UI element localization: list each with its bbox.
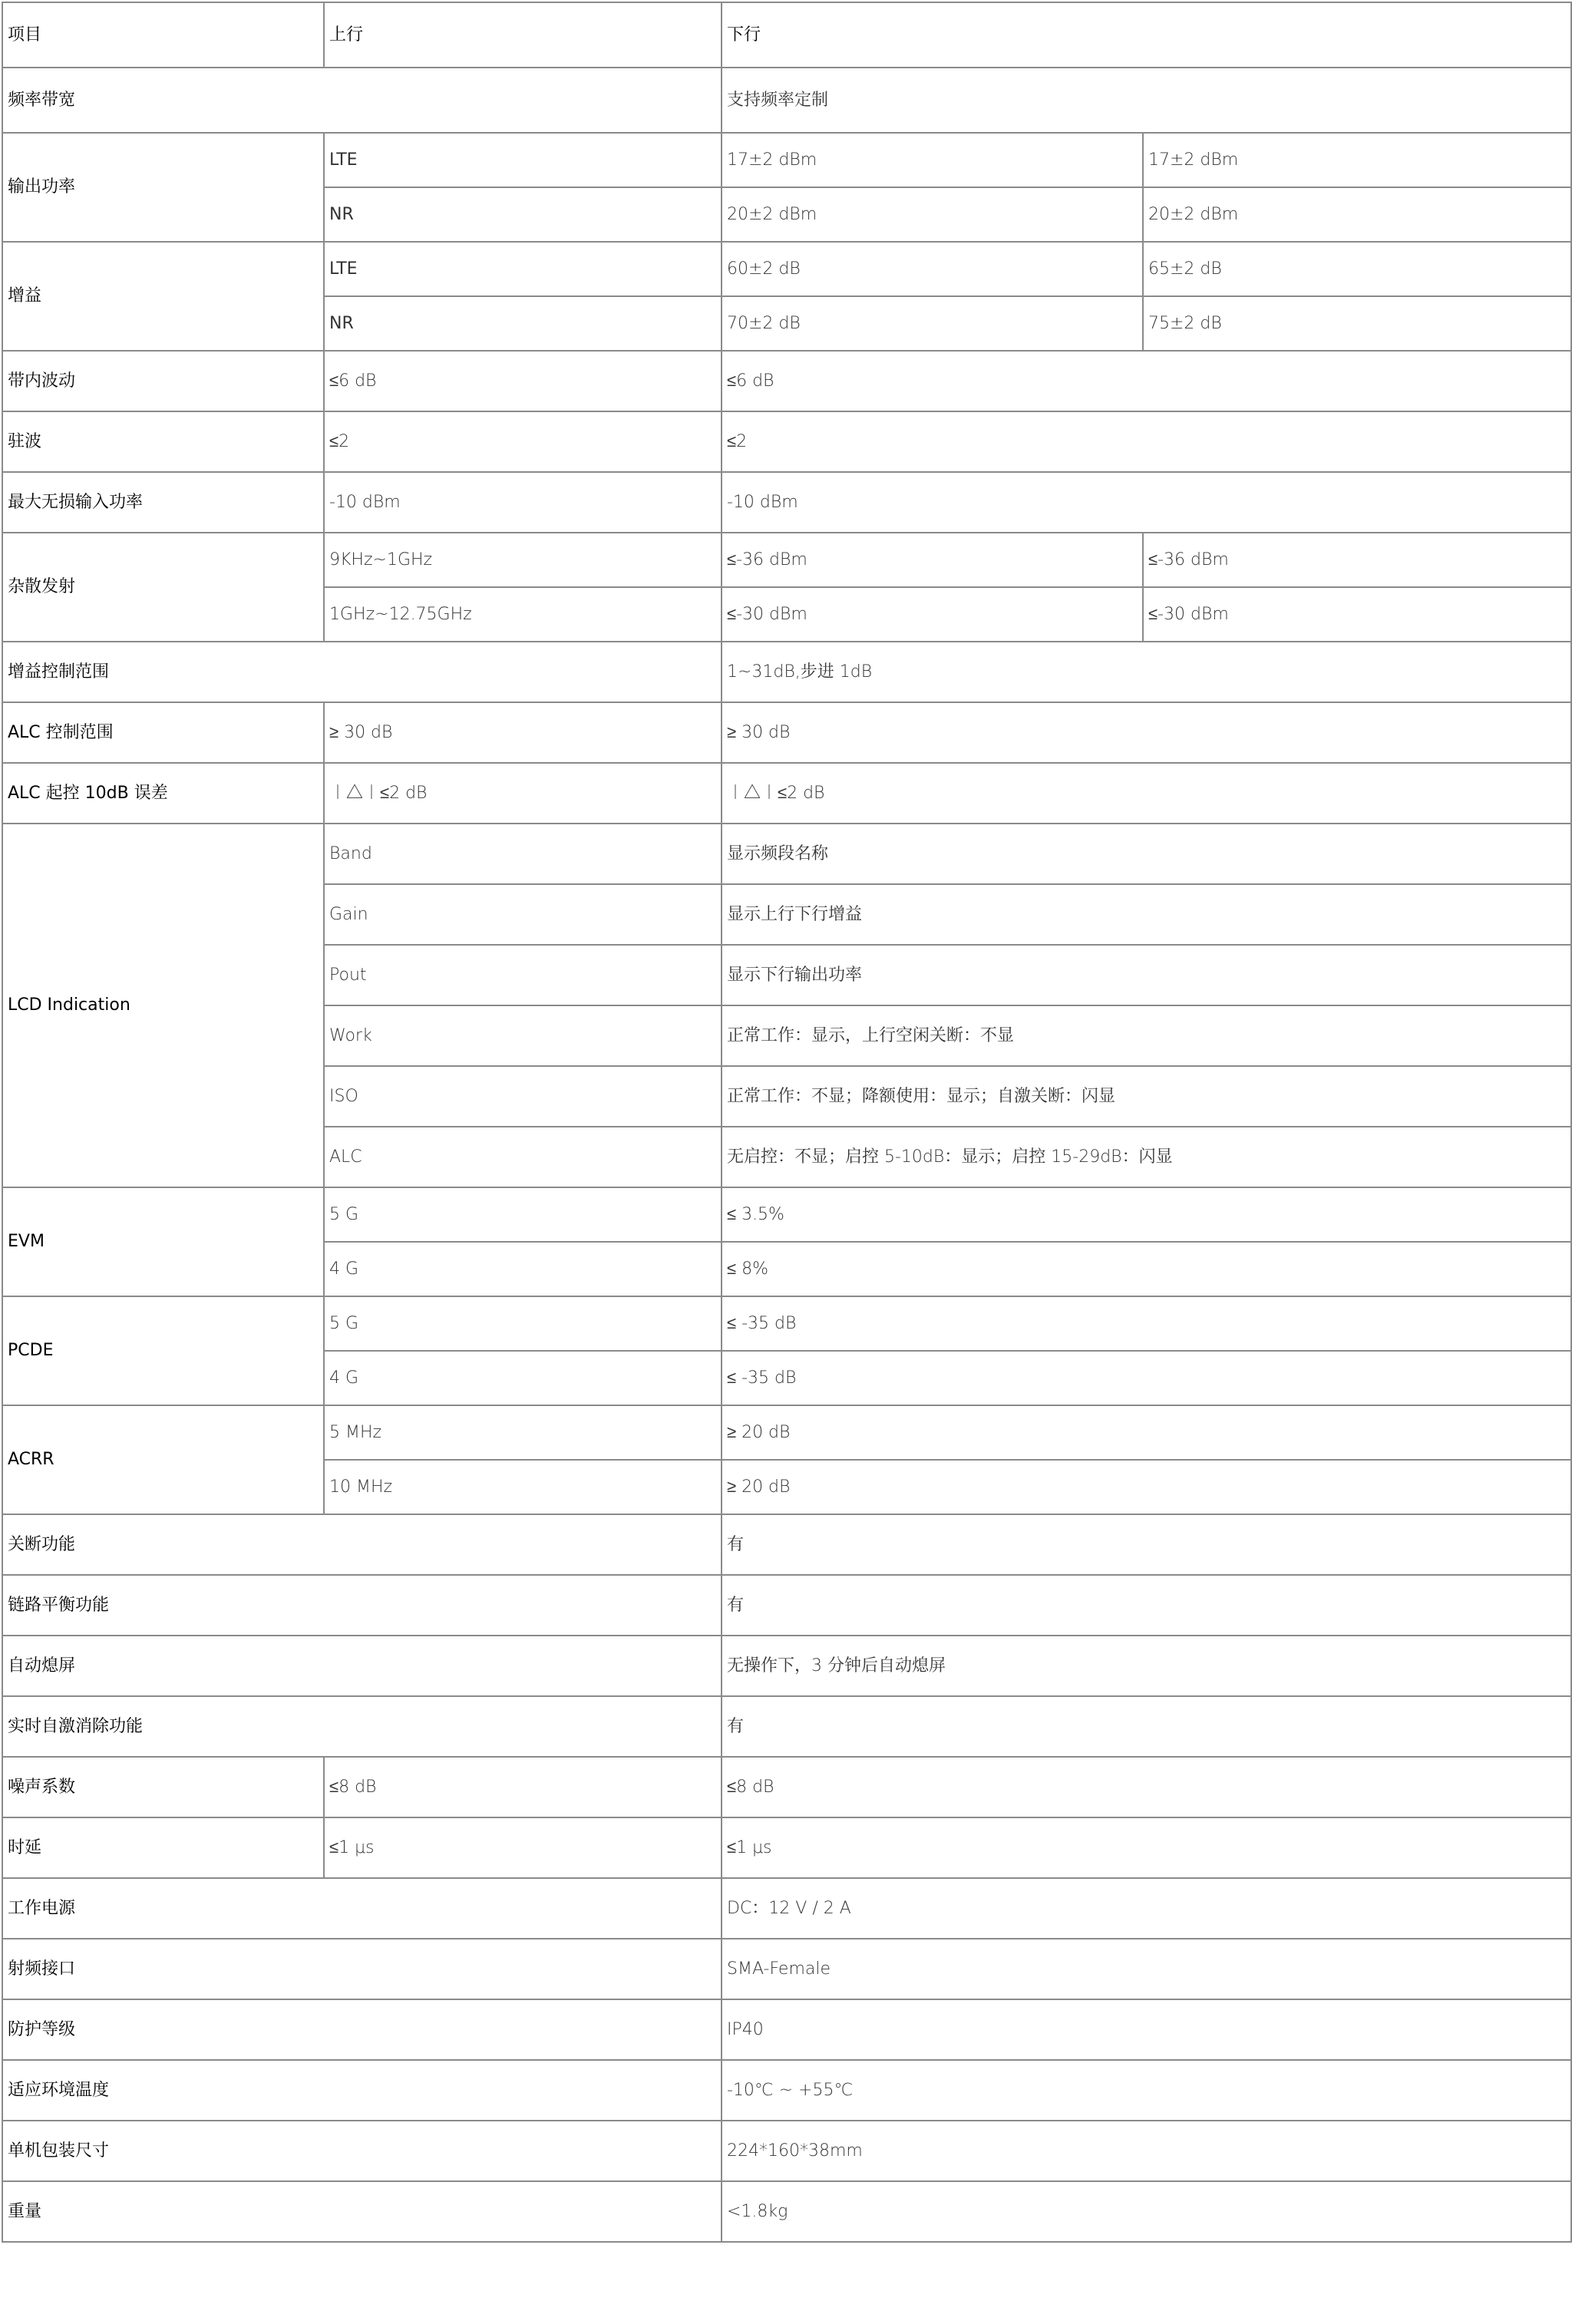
row-value: IP40 bbox=[722, 1999, 1571, 2060]
sub-label: ALC bbox=[324, 1127, 722, 1187]
sub-label: Work bbox=[324, 1005, 722, 1066]
row-label: 输出功率 bbox=[2, 133, 324, 242]
downlink-value-a: ≤-30 dBm bbox=[722, 587, 1143, 642]
row-label: 链路平衡功能 bbox=[2, 1575, 722, 1636]
table-row-noise-figure: 噪声系数 ≤8 dB ≤8 dB bbox=[2, 1757, 1571, 1817]
downlink-value-b: 17±2 dBm bbox=[1143, 133, 1571, 187]
row-label: PCDE bbox=[2, 1296, 324, 1405]
header-downlink: 下行 bbox=[722, 2, 1571, 68]
row-label: 重量 bbox=[2, 2181, 722, 2242]
sub-label: 5 G bbox=[324, 1296, 722, 1351]
downlink-value-a: 17±2 dBm bbox=[722, 133, 1143, 187]
table-row-shutdown: 关断功能 有 bbox=[2, 1514, 1571, 1575]
row-label: 驻波 bbox=[2, 411, 324, 472]
table-row-auto-screen-off: 自动熄屏 无操作下，3 分钟后自动熄屏 bbox=[2, 1636, 1571, 1696]
uplink-value: ≥ 30 dB bbox=[324, 702, 722, 763]
row-value: 显示上行下行增益 bbox=[722, 884, 1571, 945]
table-row-acrr: ACRR 5 MHz ≥ 20 dB bbox=[2, 1405, 1571, 1460]
downlink-value: ≥ 30 dB bbox=[722, 702, 1571, 763]
row-value: SMA-Female bbox=[722, 1939, 1571, 1999]
row-value: DC：12 V / 2 A bbox=[722, 1878, 1571, 1939]
row-label: 杂散发射 bbox=[2, 533, 324, 642]
table-row-spurious: 杂散发射 9KHz~1GHz ≤-36 dBm ≤-36 dBm bbox=[2, 533, 1571, 587]
row-value: 支持频率定制 bbox=[722, 68, 1571, 133]
table-row-temperature: 适应环境温度 -10℃ ~ +55℃ bbox=[2, 2060, 1571, 2121]
uplink-value: ≤1 μs bbox=[324, 1817, 722, 1878]
row-label: 带内波动 bbox=[2, 351, 324, 411]
row-value: 无操作下，3 分钟后自动熄屏 bbox=[722, 1636, 1571, 1696]
table-row-evm: EVM 5 G ≤ 3.5% bbox=[2, 1187, 1571, 1242]
sub-label: Pout bbox=[324, 945, 722, 1005]
uplink-value: ≤8 dB bbox=[324, 1757, 722, 1817]
table-row-package-size: 单机包装尺寸 224*160*38mm bbox=[2, 2121, 1571, 2181]
row-label: 自动熄屏 bbox=[2, 1636, 722, 1696]
sub-label: Gain bbox=[324, 884, 722, 945]
downlink-value-b: 20±2 dBm bbox=[1143, 187, 1571, 242]
row-value: -10℃ ~ +55℃ bbox=[722, 2060, 1571, 2121]
row-value: ≤ 8% bbox=[722, 1242, 1571, 1296]
row-label: 频率带宽 bbox=[2, 68, 722, 133]
table-row-ripple: 带内波动 ≤6 dB ≤6 dB bbox=[2, 351, 1571, 411]
table-row-gain-control: 增益控制范围 1~31dB,步进 1dB bbox=[2, 642, 1571, 702]
downlink-value-a: 60±2 dB bbox=[722, 242, 1143, 296]
sub-label: 10 MHz bbox=[324, 1460, 722, 1514]
row-value: ≥ 20 dB bbox=[722, 1405, 1571, 1460]
table-row-self-oscillation: 实时自激消除功能 有 bbox=[2, 1696, 1571, 1757]
downlink-value: ≤6 dB bbox=[722, 351, 1571, 411]
row-value: ≤ -35 dB bbox=[722, 1351, 1571, 1405]
downlink-value-b: 75±2 dB bbox=[1143, 296, 1571, 351]
table-row-vswr: 驻波 ≤2 ≤2 bbox=[2, 411, 1571, 472]
downlink-value: ︱△︱≤2 dB bbox=[722, 763, 1571, 824]
downlink-value: -10 dBm bbox=[722, 472, 1571, 533]
sub-label: NR bbox=[324, 296, 722, 351]
table-row-protection: 防护等级 IP40 bbox=[2, 1999, 1571, 2060]
sub-label: NR bbox=[324, 187, 722, 242]
table-row-delay: 时延 ≤1 μs ≤1 μs bbox=[2, 1817, 1571, 1878]
table-row-power-supply: 工作电源 DC：12 V / 2 A bbox=[2, 1878, 1571, 1939]
row-label: ALC 起控 10dB 误差 bbox=[2, 763, 324, 824]
header-row: 项目 上行 下行 bbox=[2, 2, 1571, 68]
uplink-value: -10 dBm bbox=[324, 472, 722, 533]
downlink-value-a: 20±2 dBm bbox=[722, 187, 1143, 242]
row-label: 射频接口 bbox=[2, 1939, 722, 1999]
row-label: 最大无损输入功率 bbox=[2, 472, 324, 533]
row-label: EVM bbox=[2, 1187, 324, 1296]
header-uplink: 上行 bbox=[324, 2, 722, 68]
row-value: 无启控：不显；启控 5-10dB：显示；启控 15-29dB：闪显 bbox=[722, 1127, 1571, 1187]
row-value: 1~31dB,步进 1dB bbox=[722, 642, 1571, 702]
table-row-gain: 增益 LTE 60±2 dB 65±2 dB bbox=[2, 242, 1571, 296]
table-row-pcde: PCDE 5 G ≤ -35 dB bbox=[2, 1296, 1571, 1351]
row-value: ≤ 3.5% bbox=[722, 1187, 1571, 1242]
downlink-value-b: ≤-36 dBm bbox=[1143, 533, 1571, 587]
row-label: 工作电源 bbox=[2, 1878, 722, 1939]
row-label: 噪声系数 bbox=[2, 1757, 324, 1817]
row-label: 时延 bbox=[2, 1817, 324, 1878]
sub-label: 5 G bbox=[324, 1187, 722, 1242]
table-row-bandwidth: 频率带宽 支持频率定制 bbox=[2, 68, 1571, 133]
row-label: 实时自激消除功能 bbox=[2, 1696, 722, 1757]
row-label: 关断功能 bbox=[2, 1514, 722, 1575]
row-label: ALC 控制范围 bbox=[2, 702, 324, 763]
downlink-value: ≤1 μs bbox=[722, 1817, 1571, 1878]
table-row-link-balance: 链路平衡功能 有 bbox=[2, 1575, 1571, 1636]
row-label: 增益控制范围 bbox=[2, 642, 722, 702]
sub-label: 9KHz~1GHz bbox=[324, 533, 722, 587]
sub-label: 4 G bbox=[324, 1242, 722, 1296]
spec-table: 项目 上行 下行 频率带宽 支持频率定制 输出功率 LTE 17±2 dBm 1… bbox=[2, 2, 1572, 2243]
row-value: 有 bbox=[722, 1696, 1571, 1757]
table-row-output-power: 输出功率 LTE 17±2 dBm 17±2 dBm bbox=[2, 133, 1571, 187]
row-value: 显示下行输出功率 bbox=[722, 945, 1571, 1005]
row-value: ≤ -35 dB bbox=[722, 1296, 1571, 1351]
table-row-alc-range: ALC 控制范围 ≥ 30 dB ≥ 30 dB bbox=[2, 702, 1571, 763]
row-label: LCD Indication bbox=[2, 824, 324, 1187]
table-row-alc-error: ALC 起控 10dB 误差 ︱△︱≤2 dB ︱△︱≤2 dB bbox=[2, 763, 1571, 824]
row-value: 有 bbox=[722, 1575, 1571, 1636]
table-row-weight: 重量 <1.8kg bbox=[2, 2181, 1571, 2242]
sub-label: LTE bbox=[324, 133, 722, 187]
table-row-lcd: LCD Indication Band 显示频段名称 bbox=[2, 824, 1571, 884]
table-row-rf-port: 射频接口 SMA-Female bbox=[2, 1939, 1571, 1999]
uplink-value: ︱△︱≤2 dB bbox=[324, 763, 722, 824]
row-label: ACRR bbox=[2, 1405, 324, 1514]
sub-label: 5 MHz bbox=[324, 1405, 722, 1460]
row-value: <1.8kg bbox=[722, 2181, 1571, 2242]
downlink-value-a: 70±2 dB bbox=[722, 296, 1143, 351]
row-value: ≥ 20 dB bbox=[722, 1460, 1571, 1514]
downlink-value-b: 65±2 dB bbox=[1143, 242, 1571, 296]
row-value: 正常工作：显示，上行空闲关断：不显 bbox=[722, 1005, 1571, 1066]
downlink-value: ≤8 dB bbox=[722, 1757, 1571, 1817]
downlink-value-a: ≤-36 dBm bbox=[722, 533, 1143, 587]
row-label: 单机包装尺寸 bbox=[2, 2121, 722, 2181]
row-value: 显示频段名称 bbox=[722, 824, 1571, 884]
row-label: 增益 bbox=[2, 242, 324, 351]
row-label: 适应环境温度 bbox=[2, 2060, 722, 2121]
row-label: 防护等级 bbox=[2, 1999, 722, 2060]
row-value: 有 bbox=[722, 1514, 1571, 1575]
row-value: 224*160*38mm bbox=[722, 2121, 1571, 2181]
table-row-max-input: 最大无损输入功率 -10 dBm -10 dBm bbox=[2, 472, 1571, 533]
sub-label: LTE bbox=[324, 242, 722, 296]
sub-label: 4 G bbox=[324, 1351, 722, 1405]
sub-label: ISO bbox=[324, 1066, 722, 1127]
row-value: 正常工作：不显；降额使用：显示；自激关断：闪显 bbox=[722, 1066, 1571, 1127]
downlink-value-b: ≤-30 dBm bbox=[1143, 587, 1571, 642]
uplink-value: ≤6 dB bbox=[324, 351, 722, 411]
downlink-value: ≤2 bbox=[722, 411, 1571, 472]
header-item: 项目 bbox=[2, 2, 324, 68]
sub-label: Band bbox=[324, 824, 722, 884]
sub-label: 1GHz~12.75GHz bbox=[324, 587, 722, 642]
uplink-value: ≤2 bbox=[324, 411, 722, 472]
